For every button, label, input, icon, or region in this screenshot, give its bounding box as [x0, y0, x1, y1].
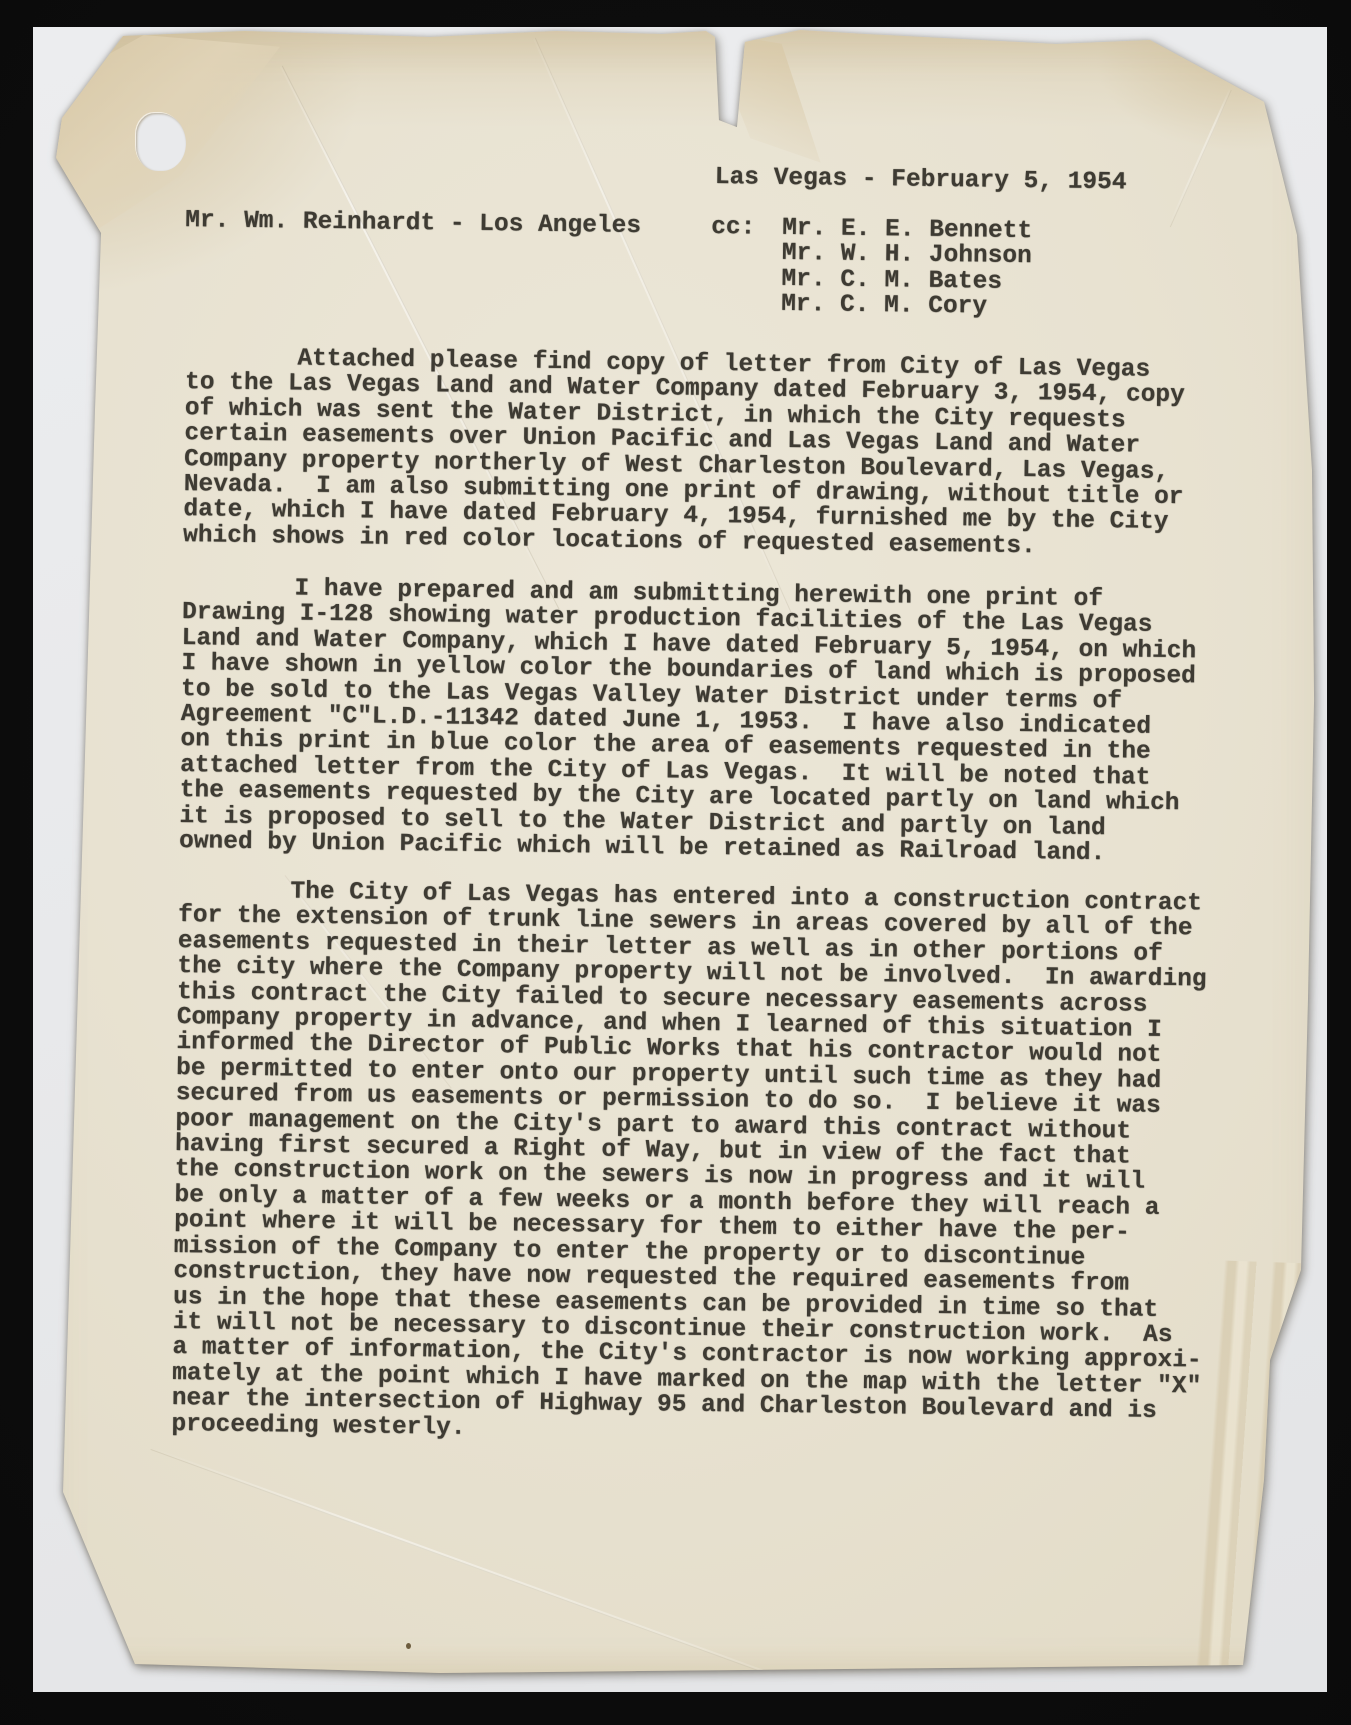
letter-paper: Las Vegas - February 5, 1954 Mr. Wm. Rei… — [33, 27, 1327, 1692]
paragraph: Attached please find copy of letter from… — [183, 345, 1185, 561]
typewritten-text-layer: Las Vegas - February 5, 1954 Mr. Wm. Rei… — [13, 18, 1329, 1700]
paragraph: I have prepared and am submitting herewi… — [179, 575, 1197, 868]
scanner-mat: Las Vegas - February 5, 1954 Mr. Wm. Rei… — [33, 27, 1327, 1692]
letter-body: Attached please find copy of letter from… — [35, 18, 1329, 35]
paper-shadow-wrap: Las Vegas - February 5, 1954 Mr. Wm. Rei… — [33, 27, 1327, 1692]
scanned-photo-frame: Las Vegas - February 5, 1954 Mr. Wm. Rei… — [0, 0, 1351, 1725]
paragraph: The City of Las Vegas has entered into a… — [171, 878, 1207, 1450]
addressee: Mr. Wm. Reinhardt - Los Angeles — [185, 208, 641, 239]
dateline: Las Vegas - February 5, 1954 — [715, 165, 1127, 196]
cc-label: cc: — [711, 215, 755, 241]
cc-name: Mr. C. M. Cory — [781, 292, 1031, 321]
cc-name-list: Mr. E. E. BennettMr. W. H. JohnsonMr. C.… — [781, 216, 1032, 321]
paper-speck — [885, 1687, 889, 1691]
